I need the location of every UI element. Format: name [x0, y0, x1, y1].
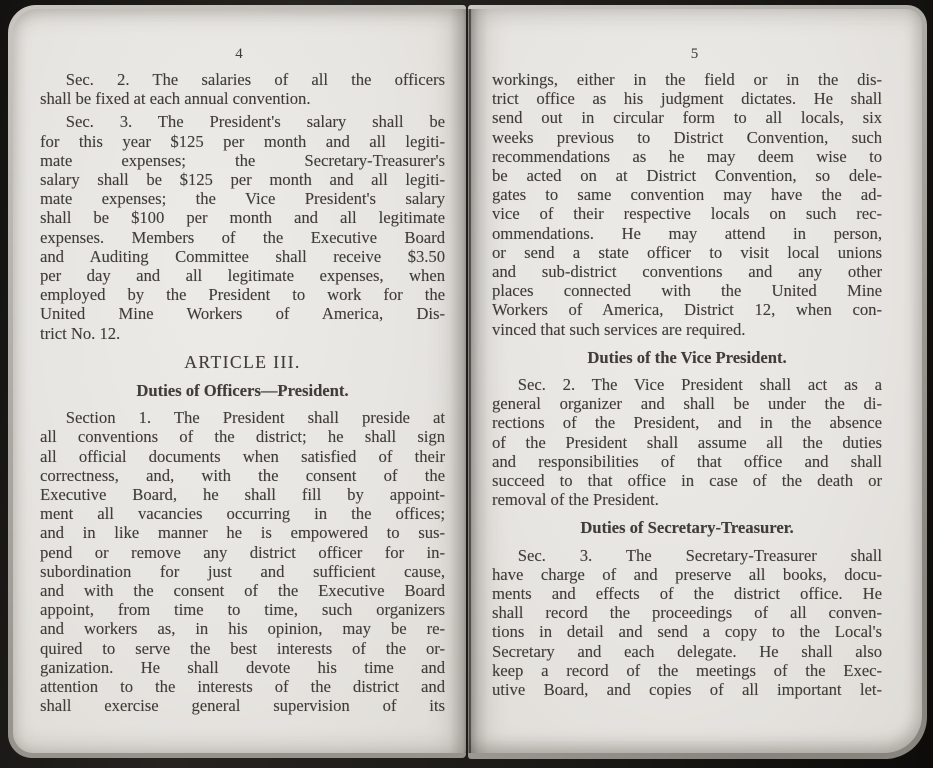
page-4: 4 Sec. 2. The salaries of all the office… [13, 9, 466, 753]
paragraph: Section 1. The President shall preside a… [40, 408, 445, 715]
text-line: attention to the interests of the distri… [40, 677, 445, 696]
text-line: Section 1. The President shall preside a… [40, 408, 445, 427]
text-line: Sec. 3. The President's salary shall be [40, 112, 445, 131]
text-line: expenses. Members of the Executive Board [40, 228, 445, 247]
paragraph: Sec. 3. The Secretary-Treasurer shallhav… [492, 546, 882, 700]
page-body: workings, either in the field or in the … [492, 70, 882, 703]
text-line: shall be $100 per month and all legitima… [40, 208, 445, 227]
text-line: recommendations as he may deem wise to [492, 147, 882, 166]
text-line: Workers of America, District 12, when co… [492, 300, 882, 319]
text-line: shall be fixed at each annual convention… [40, 89, 445, 108]
page-number: 4 [13, 46, 466, 63]
text-line: or send a state officer to visit local u… [492, 243, 882, 262]
text-line: per day and all legitimate expenses, whe… [40, 266, 445, 285]
text-line: succeed to that office in case of the de… [492, 471, 882, 490]
text-line: workings, either in the field or in the … [492, 70, 882, 89]
text-line: United Mine Workers of America, Dis- [40, 304, 445, 323]
text-line: rections of the President, and in the ab… [492, 413, 882, 432]
text-line: employed by the President to work for th… [40, 285, 445, 304]
text-line: shall record the proceedings of all conv… [492, 603, 882, 622]
text-line: and with the consent of the Executive Bo… [40, 581, 445, 600]
text-line: gates to same convention may have the ad… [492, 185, 882, 204]
text-line: and workers as, in his opinion, may be r… [40, 619, 445, 638]
text-line: removal of the President. [492, 490, 882, 509]
article-heading: ARTICLE III. [40, 353, 445, 372]
page-number: 5 [468, 46, 922, 63]
text-line: Sec. 2. The salaries of all the officers [40, 70, 445, 89]
text-line: of the President shall assume all the du… [492, 433, 882, 452]
text-line: Sec. 3. The Secretary-Treasurer shall [492, 546, 882, 565]
text-line: weeks previous to District Convention, s… [492, 128, 882, 147]
text-line: Executive Board, he shall fill by appoin… [40, 485, 445, 504]
text-line: appoint, from time to time, such organiz… [40, 600, 445, 619]
section-heading: Duties of the Vice President. [492, 348, 882, 367]
text-line: all conventions of the district; he shal… [40, 427, 445, 446]
text-line: salary shall be $125 per month and all l… [40, 170, 445, 189]
text-line: general organizer and shall be under the… [492, 394, 882, 413]
section-heading: Duties of Secretary-Treasurer. [492, 518, 882, 537]
paragraph: Sec. 2. The salaries of all the officers… [40, 70, 445, 108]
book-scan: 4 Sec. 2. The salaries of all the office… [0, 0, 933, 768]
paragraph: Sec. 2. The Vice President shall act as … [492, 375, 882, 509]
text-line: trict office as his judgment dictates. H… [492, 89, 882, 108]
text-line: have charge of and preserve all books, d… [492, 565, 882, 584]
page-5: 5 workings, either in the field or in th… [468, 9, 922, 753]
text-line: be acted on at District Convention, so d… [492, 166, 882, 185]
text-line: ment all vacancies occurring in the offi… [40, 504, 445, 523]
text-line: all official documents when satisfied of… [40, 447, 445, 466]
text-line: ganization. He shall devote his time and [40, 658, 445, 677]
text-line: mate expenses; the Vice President's sala… [40, 189, 445, 208]
text-line: keep a record of the meetings of the Exe… [492, 661, 882, 680]
text-line: pend or remove any district officer for … [40, 543, 445, 562]
text-line: mate expenses; the Secretary-Treasurer's [40, 151, 445, 170]
text-line: send out in circular form to all locals,… [492, 108, 882, 127]
text-line: tions in detail and send a copy to the L… [492, 622, 882, 641]
text-line: quired to serve the best interests of th… [40, 639, 445, 658]
text-line: vinced that such services are required. [492, 320, 882, 339]
text-line: for this year $125 per month and all leg… [40, 132, 445, 151]
paragraph: Sec. 3. The President's salary shall bef… [40, 112, 445, 342]
text-line: Secretary and each delegate. He shall al… [492, 642, 882, 661]
section-heading: Duties of Officers—President. [40, 381, 445, 400]
text-line: and in like manner he is empowered to su… [40, 523, 445, 542]
text-line: correctness, and, with the consent of th… [40, 466, 445, 485]
text-line: and responsibilities of that office and … [492, 452, 882, 471]
text-line: vice of their respective locals on such … [492, 204, 882, 223]
text-line: and Auditing Committee shall receive $3.… [40, 247, 445, 266]
text-line: and sub-district conventions and any oth… [492, 262, 882, 281]
text-line: Sec. 2. The Vice President shall act as … [492, 375, 882, 394]
text-line: shall exercise general supervision of it… [40, 696, 445, 715]
page-body: Sec. 2. The salaries of all the officers… [40, 70, 445, 720]
text-line: utive Board, and copies of all important… [492, 680, 882, 699]
paragraph: workings, either in the field or in the … [492, 70, 882, 339]
text-line: trict No. 12. [40, 324, 445, 343]
text-line: ments and effects of the district office… [492, 584, 882, 603]
text-line: ommendations. He may attend in person, [492, 224, 882, 243]
text-line: places connected with the United Mine [492, 281, 882, 300]
text-line: subordination for just and sufficient ca… [40, 562, 445, 581]
